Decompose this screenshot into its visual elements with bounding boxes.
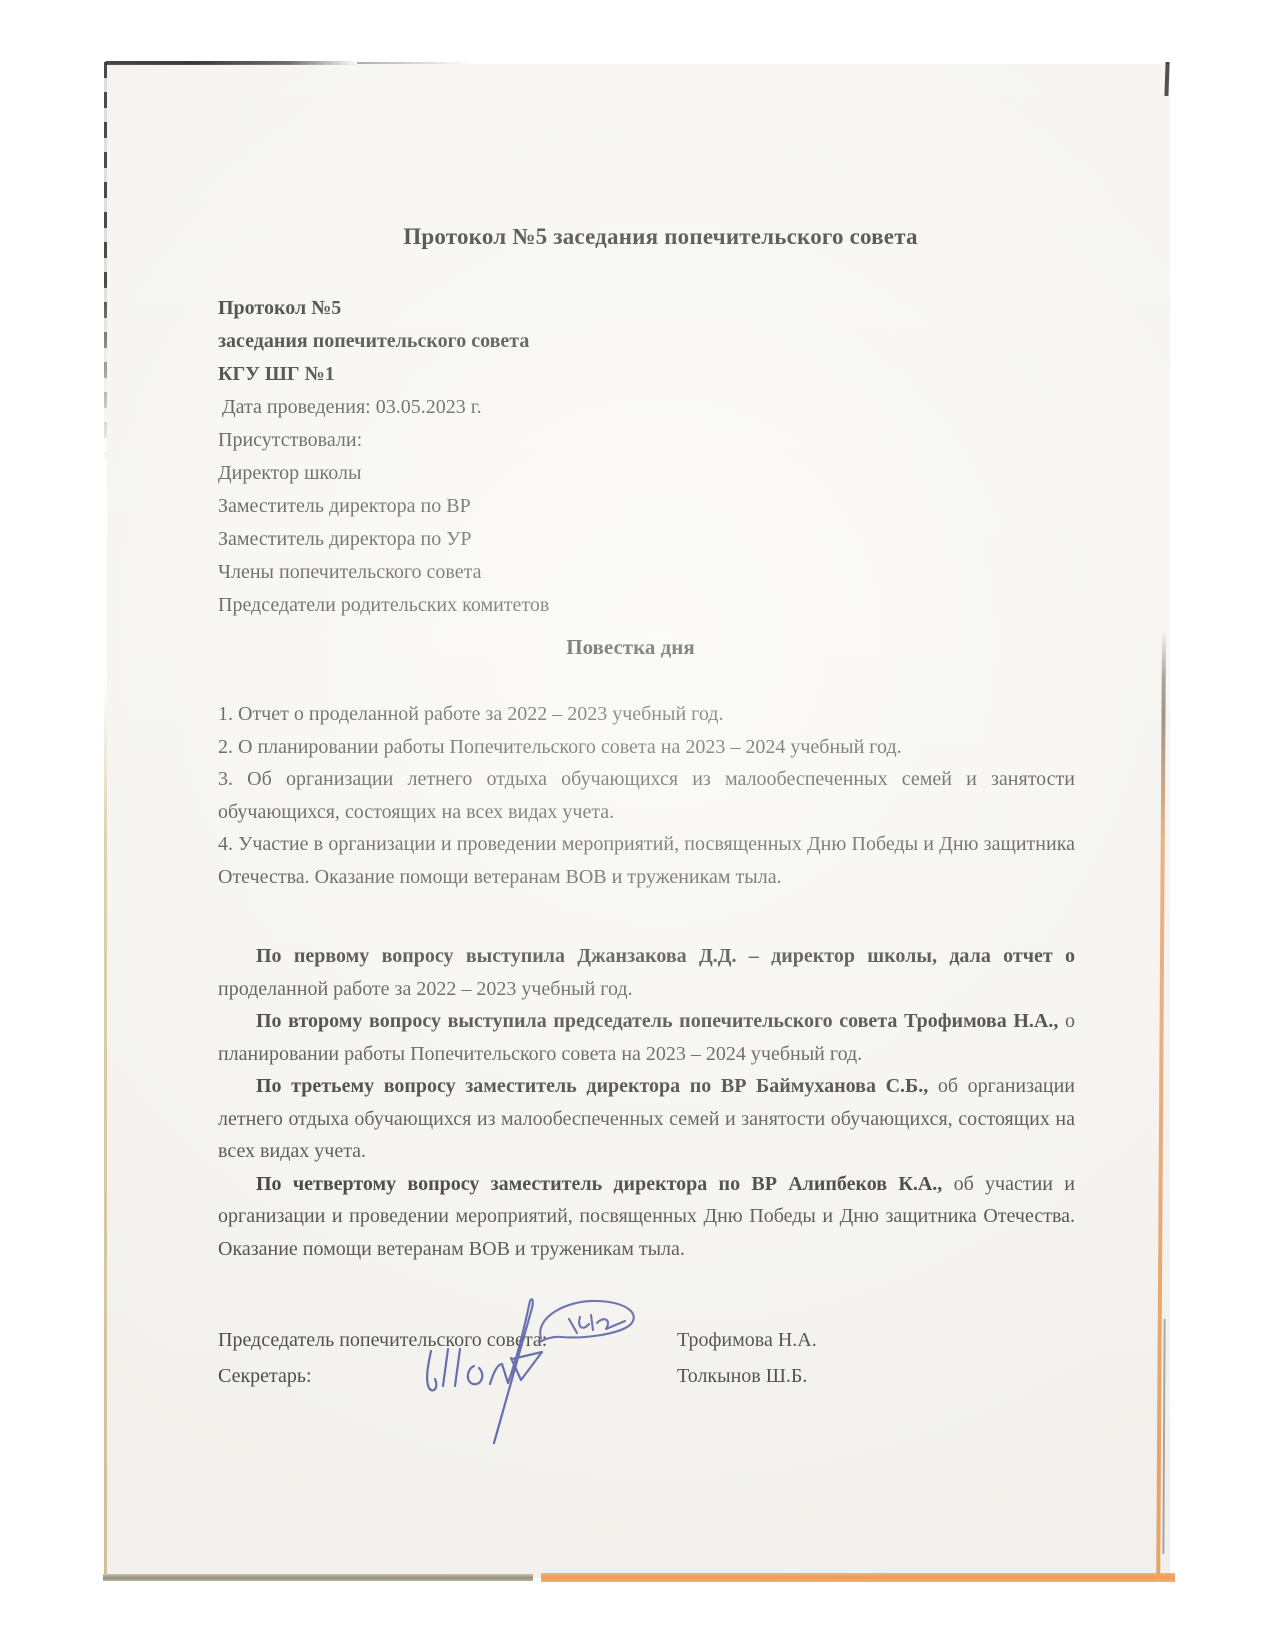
header-line: КГУ ШГ №1 (218, 358, 1075, 391)
header-line-attendees: Присутствовали: (218, 424, 1075, 457)
signature-name: Толкынов Ш.Б. (677, 1358, 807, 1394)
document-scan: Протокол №5 заседания попечительского со… (0, 0, 1275, 1650)
scan-edge-left-dashes (104, 62, 107, 462)
minutes-paragraph: По второму вопросу выступила председател… (218, 1005, 1075, 1070)
signature-label: Председатель попечительского совета: (218, 1329, 547, 1351)
agenda-item: 3. Об организации летнего отдыха обучающ… (218, 763, 1075, 828)
minutes-paragraph: По первому вопросу выступила Джанзакова … (218, 940, 1075, 1005)
scan-edge-bottom-olive-strip (103, 1574, 533, 1581)
minutes-paragraph: По третьему вопросу заместитель директор… (218, 1070, 1075, 1168)
minutes-text: о планировании работы Попечительского со… (218, 1010, 1075, 1065)
header-line-date: Дата проведения: 03.05.2023 г. (218, 391, 1075, 424)
scan-edge-left-tan-line (104, 679, 107, 1578)
scan-edge-right-gray-segment (1162, 1319, 1165, 1554)
document-content: Протокол №5 заседания попечительского со… (218, 64, 1075, 1394)
agenda-item: 1. Отчет о проделанной работе за 2022 – … (218, 698, 1075, 731)
document-header-block: Протокол №5 заседания попечительского со… (218, 292, 1075, 622)
header-line: Председатели родительских комитетов (218, 589, 1075, 622)
header-line: Заместитель директора по ВР (218, 490, 1075, 523)
signature-row-secretary: Секретарь: Толкынов Ш.Б. (218, 1358, 1075, 1394)
header-line: Директор школы (218, 457, 1075, 490)
minutes-speaker: По первому вопросу выступила Джанзакова … (256, 945, 1075, 967)
signature-secretary (415, 1293, 555, 1451)
scan-edge-top-right-tick (1164, 62, 1169, 96)
minutes-text: проделанной работе за 2022 – 2023 учебны… (218, 978, 633, 1000)
header-line: Члены попечительского совета (218, 556, 1075, 589)
minutes-text: об организации летнего отдыха обучающихс… (218, 1075, 1075, 1162)
minutes-block: По первому вопросу выступила Джанзакова … (218, 940, 1075, 1265)
minutes-paragraph: По четвертому вопросу заместитель директ… (218, 1168, 1075, 1266)
document-title: Протокол №5 заседания попечительского со… (232, 222, 1089, 252)
scan-edge-top-line-fade (357, 62, 472, 64)
minutes-speaker: По четвертому вопросу заместитель директ… (256, 1173, 942, 1195)
minutes-text: об участии и организации и проведении ме… (218, 1173, 1075, 1260)
minutes-speaker: По третьему вопросу заместитель директор… (256, 1075, 928, 1097)
agenda-heading: Повестка дня (202, 632, 1059, 662)
signature-label: Секретарь: (218, 1365, 312, 1387)
agenda-items: 1. Отчет о проделанной работе за 2022 – … (218, 698, 1075, 893)
header-line: Протокол №5 (218, 292, 1075, 325)
document-page: Протокол №5 заседания попечительского со… (107, 64, 1170, 1578)
scan-edge-top-line (105, 61, 359, 65)
signature-chairman (527, 1292, 647, 1354)
signature-name: Трофимова Н.А. (677, 1322, 817, 1358)
scan-edge-bottom-orange-strip (541, 1573, 1175, 1582)
agenda-item: 2. О планировании работы Попечительского… (218, 731, 1075, 764)
signature-block: Председатель попечительского совета: Тро… (218, 1322, 1075, 1394)
header-line: Заместитель директора по УР (218, 523, 1075, 556)
agenda-item: 4. Участие в организации и проведении ме… (218, 828, 1075, 893)
scan-edge-right-orange-line (1156, 630, 1166, 1578)
signature-row-chairman: Председатель попечительского совета: Тро… (218, 1322, 1075, 1358)
minutes-speaker: По второму вопросу выступила председател… (256, 1010, 1058, 1032)
header-line: заседания попечительского совета (218, 325, 1075, 358)
